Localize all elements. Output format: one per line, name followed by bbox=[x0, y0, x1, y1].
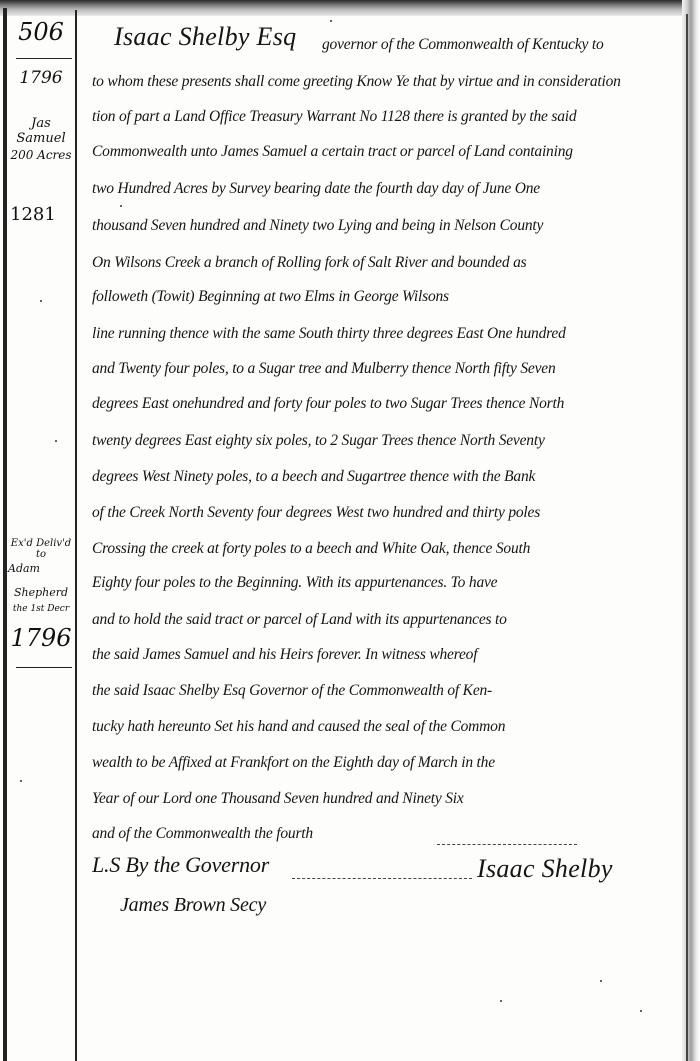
scan-speckle bbox=[20, 780, 22, 782]
secretary-signature: James Brown Secy bbox=[120, 894, 340, 917]
delivery-note-2: Adam bbox=[8, 562, 74, 575]
deed-line-13: degrees West Ninety poles, to a beech an… bbox=[92, 468, 684, 486]
scan-speckle bbox=[330, 20, 332, 22]
delivery-note-3: Shepherd bbox=[8, 586, 74, 599]
deed-line-11: degrees East onehundred and forty four p… bbox=[92, 395, 684, 413]
page-right-border bbox=[686, 14, 688, 1061]
scan-speckle bbox=[600, 980, 602, 982]
deed-line-2: to whom these presents shall come greeti… bbox=[92, 73, 684, 91]
deed-line-23: and of the Commonwealth the fourth bbox=[92, 825, 432, 843]
deed-line-17: and to hold the said tract or parcel of … bbox=[92, 611, 684, 629]
deed-line-5: two Hundred Acres by Survey bearing date… bbox=[92, 180, 684, 198]
scan-speckle bbox=[640, 1010, 642, 1012]
deed-line-3: tion of part a Land Office Treasury Warr… bbox=[92, 108, 684, 126]
scan-speckle bbox=[500, 1000, 502, 1002]
margin-divider bbox=[75, 10, 77, 1061]
heading-governor-name: Isaac Shelby Esq bbox=[114, 22, 334, 52]
deed-line-4: Commonwealth unto James Samuel a certain… bbox=[92, 143, 684, 161]
deed-line-20: tucky hath hereunto Set his hand and cau… bbox=[92, 718, 684, 736]
scan-speckle bbox=[120, 205, 122, 207]
deed-line-16: Eighty four poles to the Beginning. With… bbox=[92, 574, 684, 592]
deed-line-10: and Twenty four poles, to a Sugar tree a… bbox=[92, 360, 684, 378]
deed-line-15: Crossing the creek at forty poles to a b… bbox=[92, 540, 684, 558]
scan-right-edge bbox=[682, 0, 700, 1061]
deed-line-7: On Wilsons Creek a branch of Rolling for… bbox=[92, 254, 684, 272]
deed-line-14: of the Creek North Seventy four degrees … bbox=[92, 504, 684, 522]
deed-line-6: thousand Seven hundred and Ninety two Ly… bbox=[92, 217, 684, 235]
margin-rule bbox=[16, 667, 72, 668]
margin-rule bbox=[16, 58, 72, 59]
book-number: 1281 bbox=[10, 204, 76, 225]
signature-leader-line bbox=[437, 844, 577, 845]
deed-line-22: Year of our Lord one Thousand Seven hund… bbox=[92, 790, 684, 808]
margin-notes: 506 1796 Jas Samuel 200 Acres 1281 Ex'd … bbox=[8, 16, 74, 1056]
record-year: 1796 bbox=[8, 68, 74, 88]
seal-leader-line bbox=[292, 878, 472, 879]
acreage: 200 Acres bbox=[8, 148, 74, 162]
delivery-year: 1796 bbox=[8, 624, 74, 652]
deed-line-1: governor of the Commonwealth of Kentucky… bbox=[322, 36, 684, 54]
page-left-border bbox=[3, 8, 7, 1061]
governor-signature: Isaac Shelby bbox=[477, 854, 677, 884]
delivery-note-1: Ex'd Deliv'd to bbox=[8, 538, 74, 560]
deed-line-18: the said James Samuel and his Heirs fore… bbox=[92, 646, 684, 664]
deed-page: 506 1796 Jas Samuel 200 Acres 1281 Ex'd … bbox=[0, 0, 700, 1061]
scan-top-edge bbox=[0, 0, 700, 16]
seal-by-governor: L.S By the Governor bbox=[92, 852, 292, 878]
delivery-note-4: the 1st Decr bbox=[8, 604, 74, 614]
deed-line-9: line running thence with the same South … bbox=[92, 325, 684, 343]
deed-line-21: wealth to be Affixed at Frankfort on the… bbox=[92, 754, 684, 772]
deed-line-12: twenty degrees East eighty six poles, to… bbox=[92, 432, 684, 450]
scan-speckle bbox=[40, 300, 42, 302]
grantee-name: Jas Samuel bbox=[8, 116, 74, 146]
scan-speckle bbox=[55, 440, 57, 442]
deed-line-19: the said Isaac Shelby Esq Governor of th… bbox=[92, 682, 684, 700]
record-number: 506 bbox=[8, 18, 74, 46]
deed-line-8: followeth (Towit) Beginning at two Elms … bbox=[92, 288, 684, 306]
